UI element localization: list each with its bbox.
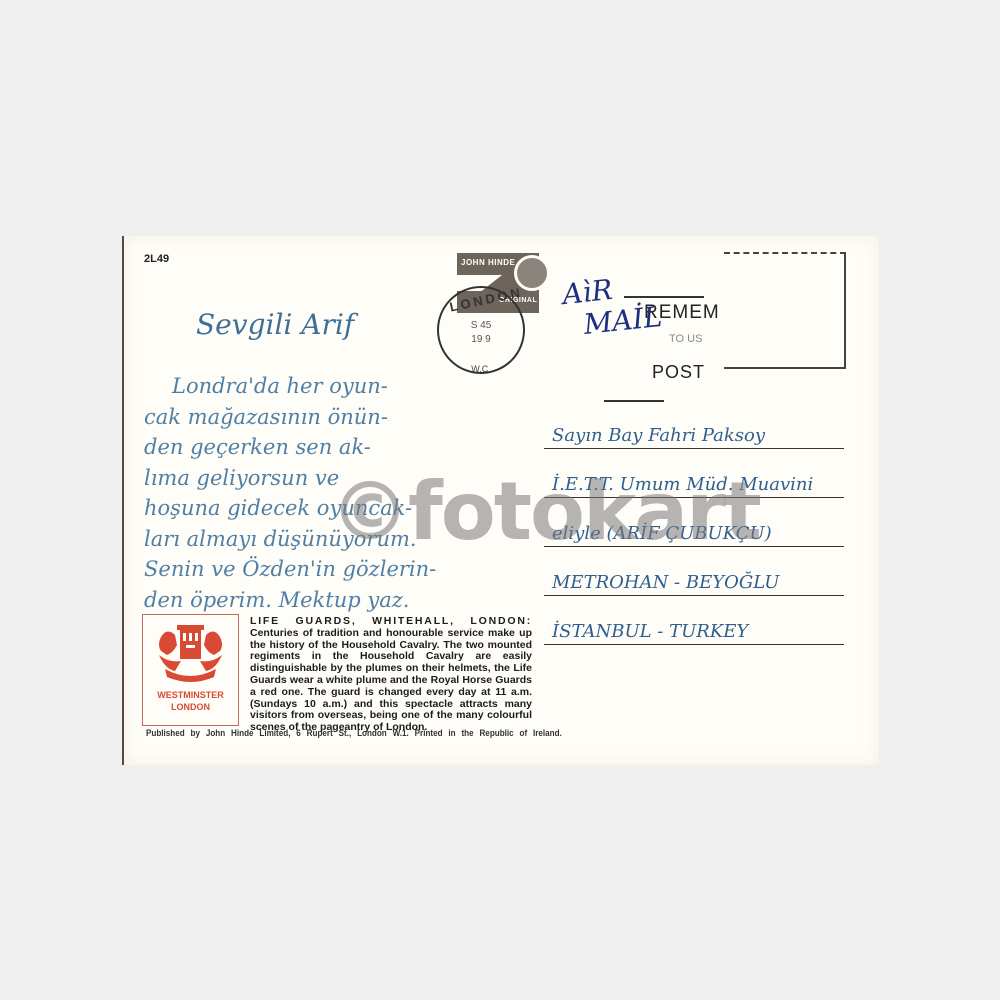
caption-body: Centuries of tradition and honourable se… [250, 627, 532, 733]
airmail-note: AìR MAİL [561, 269, 664, 343]
greeting: Sevgili Arif [196, 308, 354, 341]
westminster-crest: WESTMINSTER LONDON [142, 614, 239, 726]
watermark: ©fotokart [330, 465, 760, 558]
address-line: Sayın Bay Fahri Paksoy [544, 404, 844, 449]
card-code: 2L49 [144, 253, 169, 265]
stamp-box [724, 252, 846, 369]
publisher-line: Published by John Hinde Limited, 6 Ruper… [146, 728, 493, 738]
postmark: LONDON S 45 19 9 W.C. [437, 286, 525, 374]
caption: LIFE GUARDS, WHITEHALL, LONDON: Centurie… [250, 616, 532, 734]
crest-icon [153, 623, 228, 685]
address-line: İSTANBUL - TURKEY [544, 596, 844, 645]
